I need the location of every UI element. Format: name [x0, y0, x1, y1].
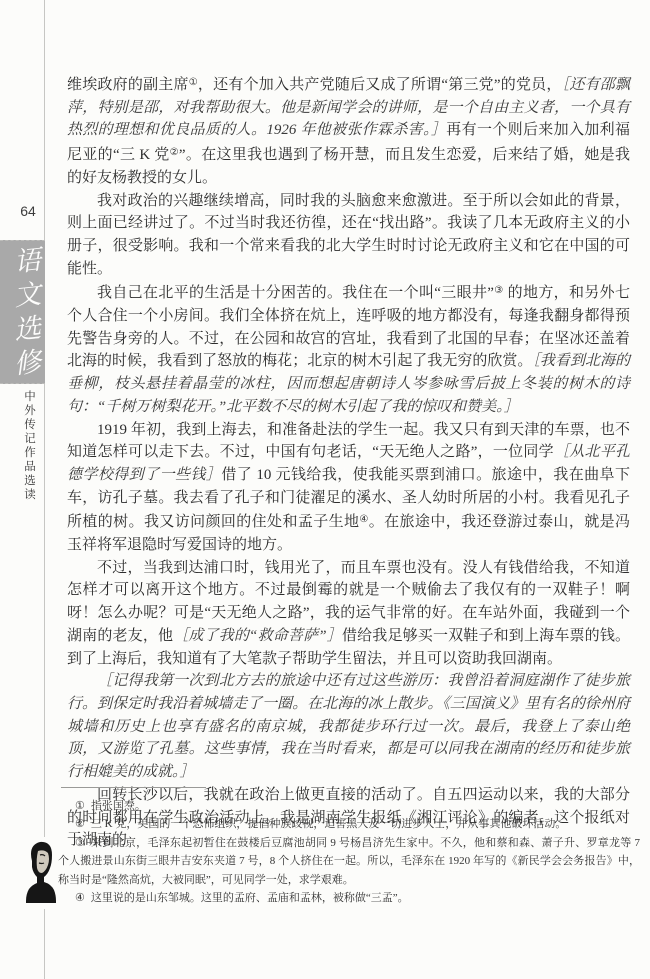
- text-run: 我自己在北平的生活是十分困苦的。我住在一个叫“三眼井”: [97, 285, 494, 301]
- body-text: 维埃政府的副主席①，还有个加入共产党随后又成了所谓“第三党”的党员，［还有邵飘萍…: [67, 72, 630, 852]
- editor-note-run: ［记得我第一次到北方去的旅途中还有过这些游历：我曾沿着洞庭湖作了徒步旅行。到保定…: [67, 673, 630, 780]
- footnote-ref: ④: [359, 514, 368, 525]
- footnote-text: 来到北京，毛泽东起初暂住在鼓楼后豆腐池胡同 9 号杨昌济先生家中。不久，他和蔡和…: [58, 837, 640, 886]
- footnote: ②三 K 党，美国的一个恐怖组织，提倡种族歧视，迫害黑人及一切进步人士，并从事其…: [58, 815, 640, 833]
- footnote-text: 指张国焘。: [91, 800, 146, 812]
- footnote-ref: ②: [170, 147, 179, 158]
- footnote-text: 这里说的是山东邹城。这里的孟府、孟庙和孟林，被称做“三孟”。: [91, 892, 409, 904]
- footnote: ①指张国焘。: [58, 797, 640, 815]
- footnote: ③来到北京，毛泽东起初暂住在鼓楼后豆腐池胡同 9 号杨昌济先生家中。不久，他和蔡…: [58, 834, 640, 889]
- series-char: 文: [12, 280, 42, 310]
- footnote-text: 三 K 党，美国的一个恐怖组织，提倡种族歧视，迫害黑人及一切进步人士，并从事其他…: [91, 818, 566, 830]
- paragraph: 不过，当我到达浦口时，钱用光了，而且车票也没有。没人有钱借给我，不知道怎样才可以…: [67, 557, 630, 671]
- footnote-ref: ①: [189, 77, 198, 88]
- text-run: ，还有个加入共产党随后又成了所谓“第三党”的党员，: [198, 77, 562, 93]
- footnote: ④这里说的是山东邹城。这里的孟府、孟庙和孟林，被称做“三孟”。: [58, 889, 640, 907]
- series-subtitle: 中外传记作品选读: [21, 390, 37, 520]
- footnote-marker: ①: [75, 800, 85, 812]
- series-label-block: 语 文 选 修: [0, 240, 45, 384]
- footnote-ref: ③: [494, 285, 504, 296]
- series-char: 选: [12, 314, 42, 344]
- text-run: 我对政治的兴趣继续增高，同时我的头脑愈来愈激进。至于所以会如此的背景，则上面已经…: [67, 193, 630, 277]
- paragraph: 我对政治的兴趣继续增高，同时我的头脑愈来愈激进。至于所以会如此的背景，则上面已经…: [67, 190, 630, 281]
- footnote-marker: ②: [75, 818, 85, 830]
- editor-note-run: ［成了我的“救命菩萨”］: [173, 628, 342, 644]
- series-char: 修: [12, 348, 42, 378]
- young-mao-woodcut-portrait: [23, 837, 59, 909]
- paragraph: 维埃政府的副主席①，还有个加入共产党随后又成了所谓“第三党”的党员，［还有邵飘萍…: [67, 72, 630, 190]
- footnotes-section: ①指张国焘。②三 K 党，美国的一个恐怖组织，提倡种族歧视，迫害黑人及一切进步人…: [58, 782, 640, 907]
- footnote-marker: ③: [75, 837, 85, 849]
- footnote-separator: [61, 787, 206, 788]
- text-run: 维埃政府的副主席: [67, 77, 189, 93]
- page-number: 64: [16, 203, 40, 219]
- book-page: 64 语 文 选 修 中外传记作品选读 维埃政府的副主席①，还有个加入共产党随后…: [0, 0, 650, 979]
- paragraph: 1919 年初，我到上海去，和准备赴法的学生一起。我又只有到天津的车票，也不知道…: [67, 419, 630, 557]
- footnote-list: ①指张国焘。②三 K 党，美国的一个恐怖组织，提倡种族歧视，迫害黑人及一切进步人…: [58, 797, 640, 907]
- series-char: 语: [12, 246, 42, 276]
- text-run: 1919 年初，我到上海去，和准备赴法的学生一起。我又只有到天津的车票，也不知道…: [67, 422, 630, 461]
- paragraph: 我自己在北平的生活是十分困苦的。我住在一个叫“三眼井”③ 的地方，和另外七个人合…: [67, 280, 630, 418]
- margin-rule: [44, 0, 45, 979]
- footnote-marker: ④: [75, 892, 85, 904]
- paragraph: ［记得我第一次到北方去的旅途中还有过这些游历：我曾沿着洞庭湖作了徒步旅行。到保定…: [67, 670, 630, 784]
